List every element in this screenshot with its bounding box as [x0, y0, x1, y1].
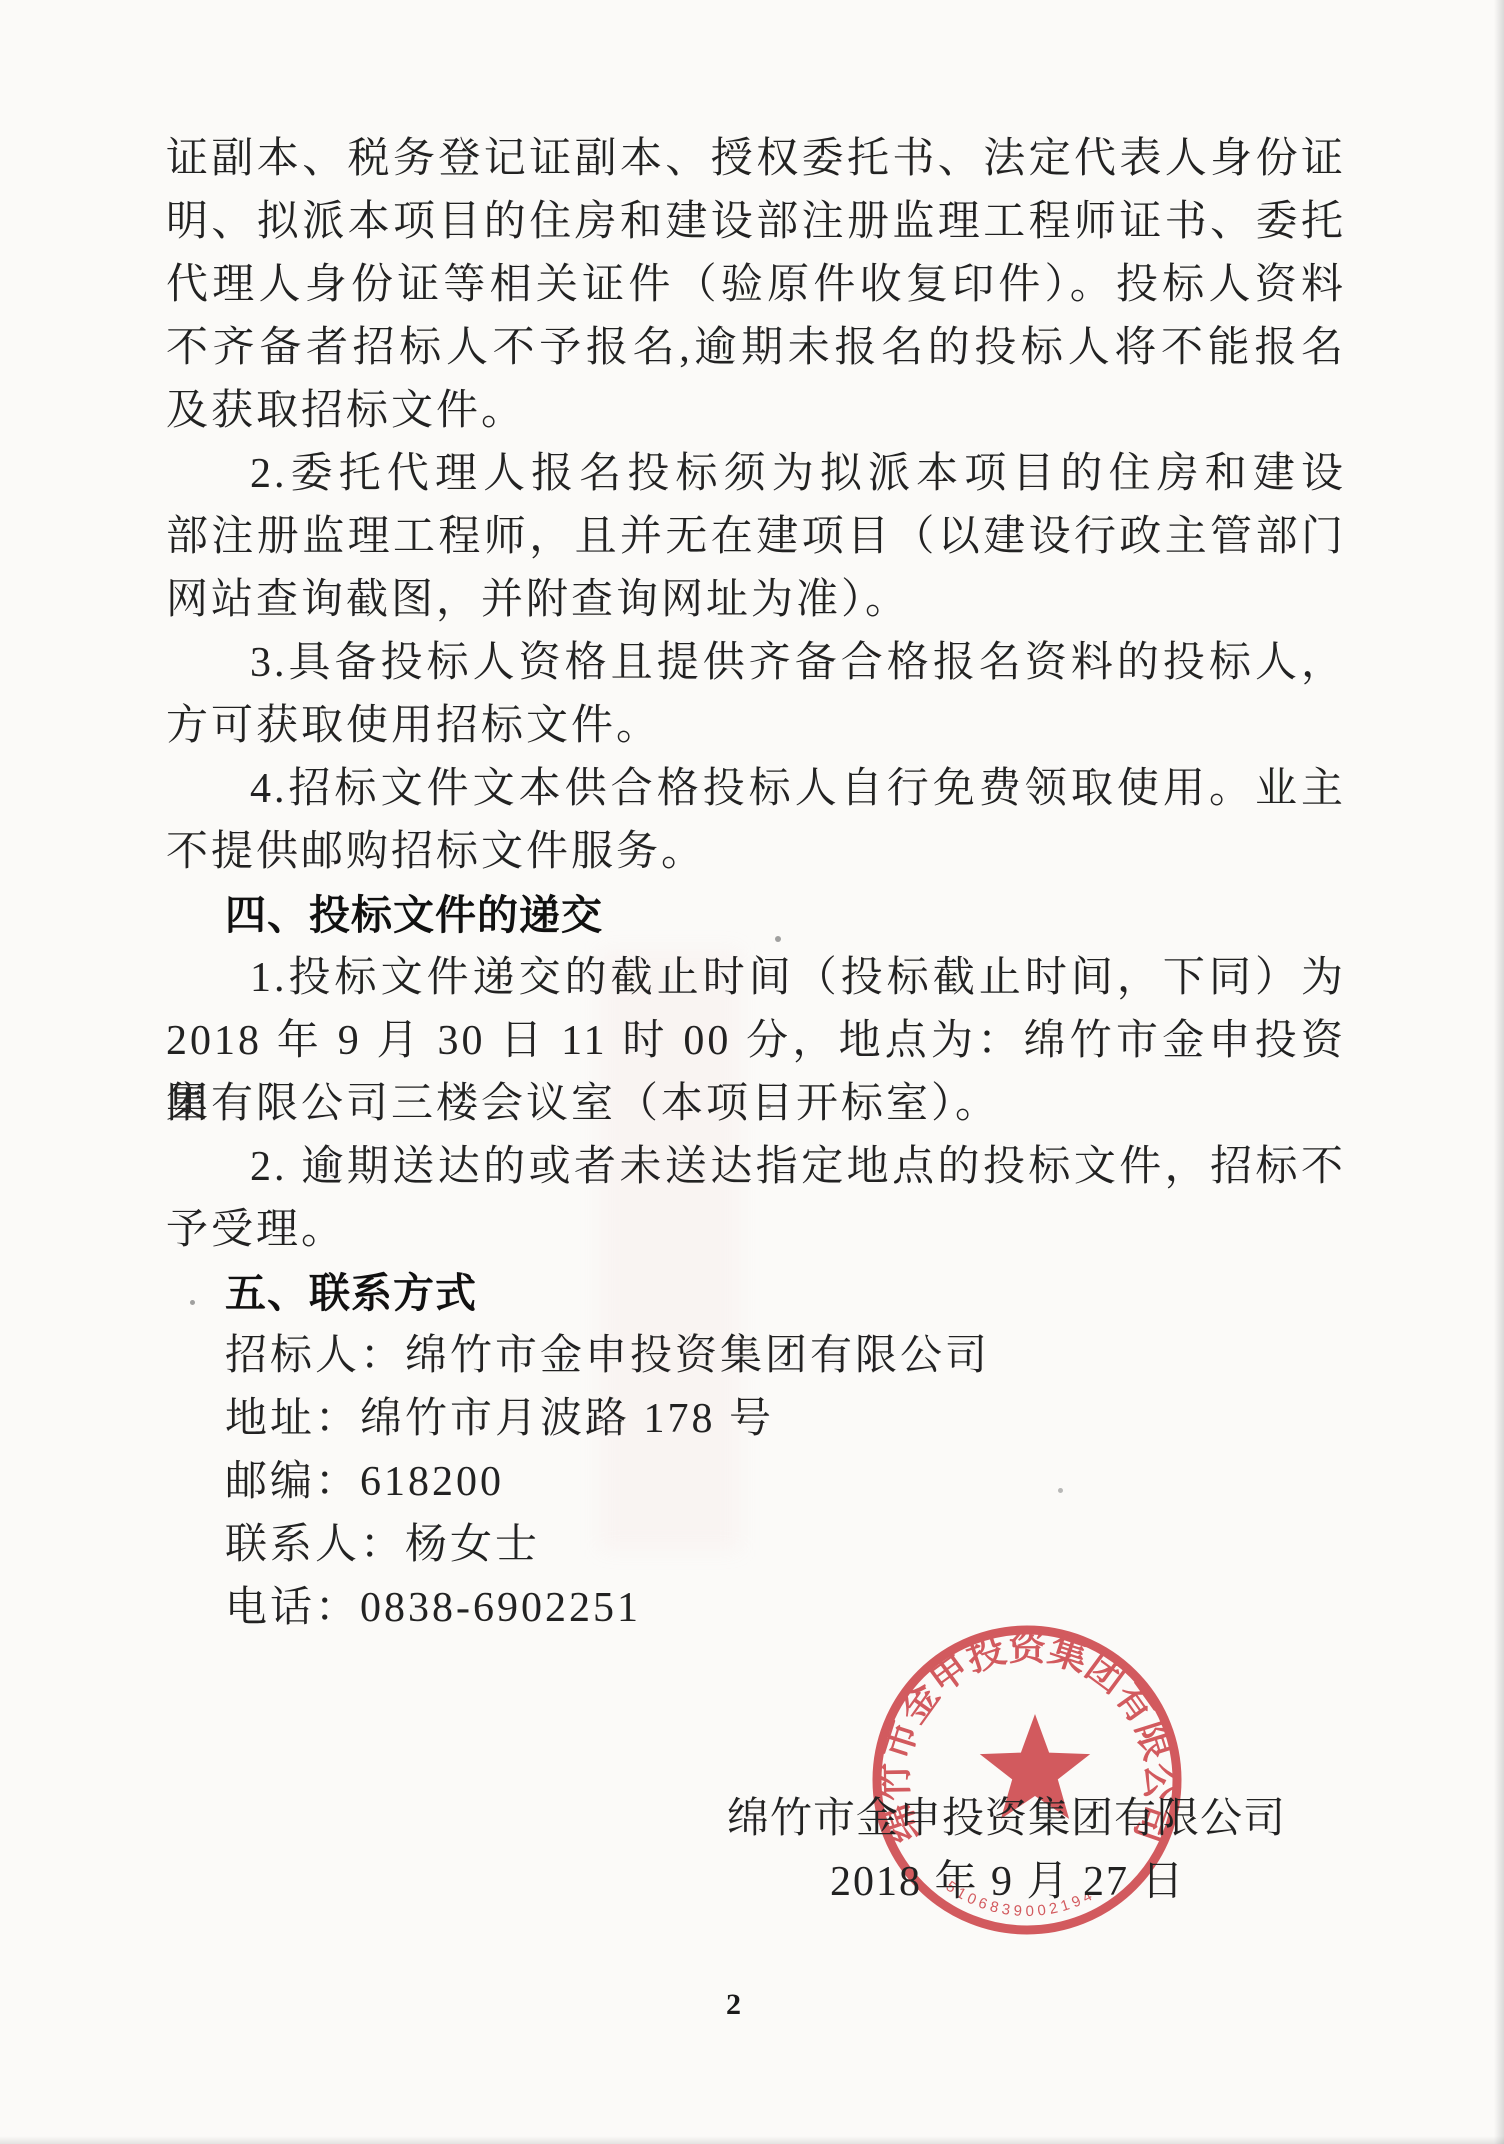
contact-line-phone: 电话：0838-6902251	[166, 1577, 1346, 1640]
contact-line-postcode: 邮编：618200	[166, 1451, 1346, 1514]
body-line: 部注册监理工程师，且并无在建项目（以建设行政主管部门	[166, 506, 1346, 569]
scan-speck	[766, 1104, 771, 1109]
body-line: 明、拟派本项目的住房和建设部注册监理工程师证书、委托	[166, 191, 1346, 254]
page-number: 2	[726, 1988, 741, 2022]
contact-line-address: 地址：绵竹市月波路 178 号	[166, 1388, 1346, 1451]
signature-date: 2018 年 9 月 27 日	[166, 1851, 1346, 1914]
body-line: 方可获取使用招标文件。	[166, 695, 1346, 758]
body-line-item-3: 3.具备投标人资格且提供齐备合格报名资料的投标人，	[166, 632, 1346, 695]
body-line: 团有限公司三楼会议室（本项目开标室）。	[166, 1073, 1346, 1136]
section-heading-bid-submission: 四、投标文件的递交	[166, 884, 1346, 947]
body-line: 不齐备者招标人不予报名,逾期未报名的投标人将不能报名	[166, 317, 1346, 380]
scan-speck	[190, 1300, 195, 1305]
body-line: 不提供邮购招标文件服务。	[166, 821, 1346, 884]
body-line-item-2b: 2. 逾期送达的或者未送达指定地点的投标文件，招标不	[166, 1136, 1346, 1199]
scan-speck	[775, 936, 781, 942]
contact-line-tenderer: 招标人：绵竹市金申投资集团有限公司	[166, 1325, 1346, 1388]
body-line: 2018 年 9 月 30 日 11 时 00 分，地点为：绵竹市金申投资集	[166, 1010, 1346, 1073]
scanned-tender-document-page: { "lines": [ "证副本、税务登记证副本、授权委托书、法定代表人身份证…	[0, 0, 1504, 2144]
body-line: 代理人身份证等相关证件（验原件收复印件）。投标人资料	[166, 254, 1346, 317]
scan-edge-shadow	[1494, 0, 1504, 2144]
scan-speck	[1058, 1488, 1063, 1493]
contact-line-person: 联系人：杨女士	[166, 1514, 1346, 1577]
body-line-item-4: 4.招标文件文本供合格投标人自行免费领取使用。业主	[166, 758, 1346, 821]
body-line: 证副本、税务登记证副本、授权委托书、法定代表人身份证	[166, 128, 1346, 191]
body-line-item-2: 2.委托代理人报名投标须为拟派本项目的住房和建设	[166, 443, 1346, 506]
scan-edge-shadow	[0, 2136, 1504, 2144]
section-heading-contact-info: 五、联系方式	[166, 1262, 1346, 1325]
body-line-item-1: 1.投标文件递交的截止时间（投标截止时间，下同）为	[166, 947, 1346, 1010]
body-line: 予受理。	[166, 1199, 1346, 1262]
spacer	[166, 1640, 1346, 1788]
body-line: 网站查询截图，并附查询网址为准）。	[166, 569, 1346, 632]
signature-company-name: 绵竹市金申投资集团有限公司	[166, 1788, 1346, 1851]
body-line: 及获取招标文件。	[166, 380, 1346, 443]
document-body: 证副本、税务登记证副本、授权委托书、法定代表人身份证 明、拟派本项目的住房和建设…	[166, 128, 1346, 1914]
